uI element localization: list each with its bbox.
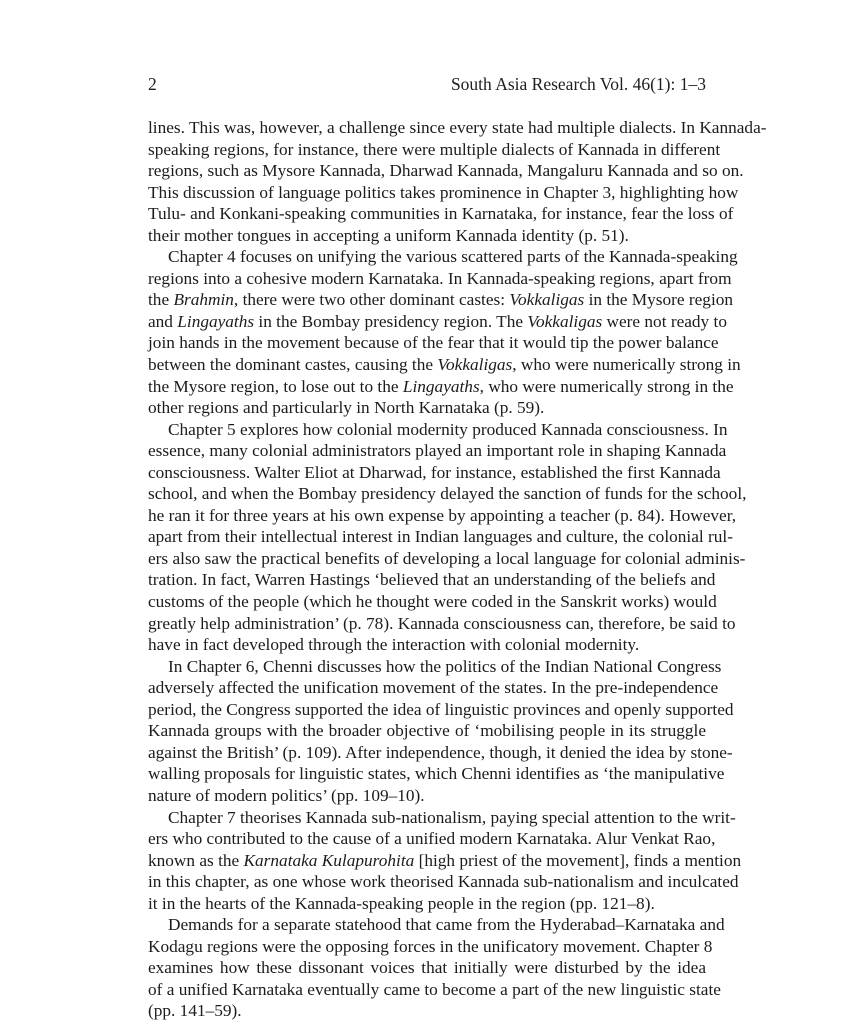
text-line: Chapter 4 focuses on unifying the variou… [148,246,706,268]
paragraph: In Chapter 6, Chenni discusses how the p… [148,656,706,807]
text-line: he ran it for three years at his own exp… [148,505,706,527]
text-line: ers also saw the practical benefits of d… [148,548,706,570]
text-line: This discussion of language politics tak… [148,182,706,204]
text-line: lines. This was, however, a challenge si… [148,117,706,139]
text-line: the Brahmin, there were two other domina… [148,289,706,311]
italic-term: Vokkaligas [437,355,512,374]
text-line: known as the Karnataka Kulapurohita [hig… [148,850,706,872]
italic-term: Brahmin [173,290,233,309]
body-text: lines. This was, however, a challenge si… [148,117,706,1022]
text-line: the Mysore region, to lose out to the Li… [148,376,706,398]
text-line: it in the hearts of the Kannada-speaking… [148,893,706,915]
text-line: apart from their intellectual interest i… [148,526,706,548]
paragraph: lines. This was, however, a challenge si… [148,117,706,246]
text-line: customs of the people (which he thought … [148,591,706,613]
text-line: and Lingayaths in the Bombay presidency … [148,311,706,333]
italic-term: Vokkaligas [527,312,602,331]
text-line: Demands for a separate statehood that ca… [148,914,706,936]
text-line: In Chapter 6, Chenni discusses how the p… [148,656,706,678]
paragraph: Chapter 4 focuses on unifying the variou… [148,246,706,418]
document-page: 2 South Asia Research Vol. 46(1): 1–3 li… [0,0,853,1024]
text-line: greatly help administration’ (p. 78). Ka… [148,613,706,635]
text-line: Chapter 5 explores how colonial modernit… [148,419,706,441]
text-line: between the dominant castes, causing the… [148,354,706,376]
paragraph: Demands for a separate statehood that ca… [148,914,706,1022]
text-line: Tulu- and Konkani-speaking communities i… [148,203,706,225]
paragraph: Chapter 7 theorises Kannada sub-national… [148,807,706,915]
journal-citation: South Asia Research Vol. 46(1): 1–3 [451,74,706,94]
text-line: regions, such as Mysore Kannada, Dharwad… [148,160,706,182]
text-line: examines how these dissonant voices that… [148,957,706,979]
text-line: tration. In fact, Warren Hastings ‘belie… [148,569,706,591]
italic-term: Vokkaligas [509,290,584,309]
paragraph: Chapter 5 explores how colonial modernit… [148,419,706,656]
text-line: against the British’ (p. 109). After ind… [148,742,706,764]
text-line: essence, many colonial administrators pl… [148,440,706,462]
text-line: have in fact developed through the inter… [148,634,706,656]
page-number: 2 [148,74,157,94]
text-line: Chapter 7 theorises Kannada sub-national… [148,807,706,829]
text-line: (pp. 141–59). [148,1000,706,1022]
text-line: other regions and particularly in North … [148,397,706,419]
text-line: Kodagu regions were the opposing forces … [148,936,706,958]
text-line: join hands in the movement because of th… [148,332,706,354]
italic-term: Lingayaths [403,377,480,396]
text-line: adversely affected the unification movem… [148,677,706,699]
text-line: of a unified Karnataka eventually came t… [148,979,706,1001]
text-line: regions into a cohesive modern Karnataka… [148,268,706,290]
text-line: consciousness. Walter Eliot at Dharwad, … [148,462,706,484]
italic-term: Karnataka Kulapurohita [244,851,415,870]
text-line: nature of modern politics’ (pp. 109–10). [148,785,706,807]
text-line: Kannada groups with the broader objectiv… [148,720,706,742]
text-line: their mother tongues in accepting a unif… [148,225,706,247]
text-line: ers who contributed to the cause of a un… [148,828,706,850]
text-line: school, and when the Bombay presidency d… [148,483,706,505]
text-line: walling proposals for linguistic states,… [148,763,706,785]
italic-term: Lingayaths [177,312,254,331]
text-line: speaking regions, for instance, there we… [148,139,706,161]
text-line: in this chapter, as one whose work theor… [148,871,706,893]
text-line: period, the Congress supported the idea … [148,699,706,721]
